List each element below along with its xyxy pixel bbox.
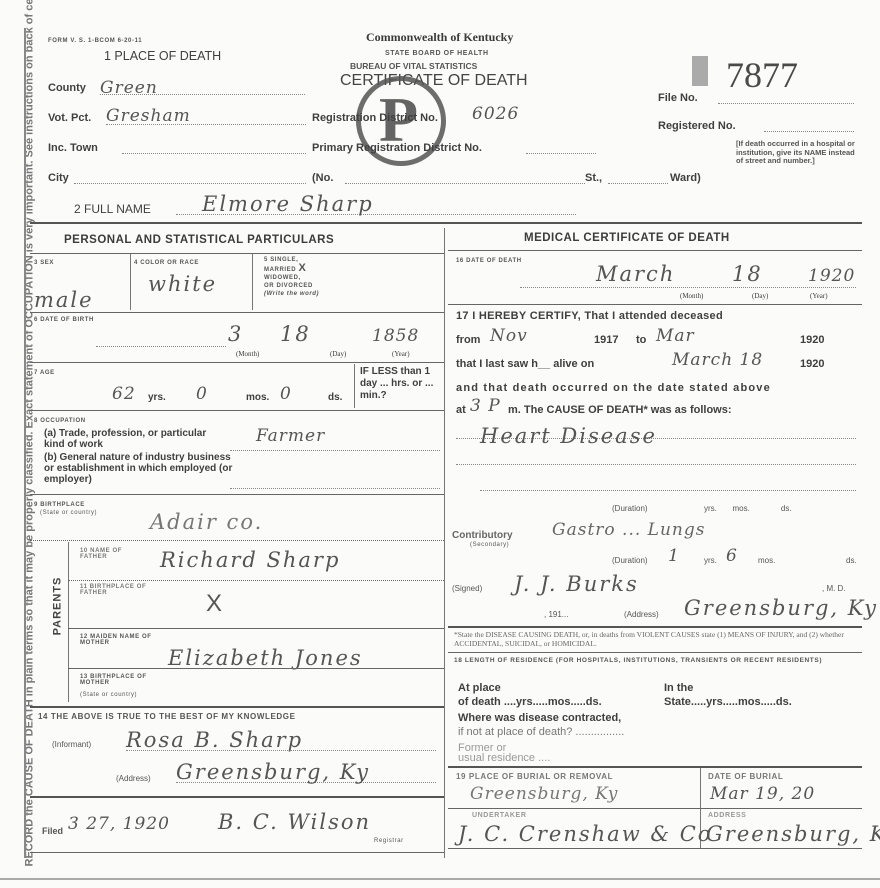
thumb-smudge xyxy=(692,56,708,86)
rule xyxy=(448,766,862,768)
hospital-note: [If death occurred in a hospital or inst… xyxy=(736,140,856,166)
birthplace-value[interactable]: Adair co. xyxy=(150,510,263,534)
no-label: (No. xyxy=(312,172,333,184)
certificate-title: CERTIFICATE OF DEATH xyxy=(340,72,528,90)
primary-reg-field[interactable] xyxy=(526,140,596,154)
registrar-label: Registrar xyxy=(374,838,404,844)
dob-label: 6 DATE OF BIRTH xyxy=(34,317,94,323)
rule xyxy=(252,254,253,310)
usual-residence-field[interactable]: usual residence .... xyxy=(458,752,550,764)
duration2-label: (Duration) xyxy=(612,556,648,565)
left-border xyxy=(24,28,26,858)
occurred-text: and that death occurred on the date stat… xyxy=(456,382,771,394)
inc-town-label: Inc. Town xyxy=(48,142,98,154)
vot-pct-field[interactable]: Gresham xyxy=(106,106,306,125)
undertaker-address-value[interactable]: Greensburg, Ky xyxy=(706,822,880,846)
occupation-a-label: (a) Trade, profession, or particular kin… xyxy=(44,428,224,450)
occupation-b-label: (b) General nature of industry business … xyxy=(44,452,240,485)
ward-label: Ward) xyxy=(670,172,701,184)
signed-date: , 191... xyxy=(544,610,568,619)
vot-pct-label: Vot. Pct. xyxy=(48,112,91,124)
mother-value[interactable]: Elizabeth Jones xyxy=(168,646,363,670)
undertaker-address-label: ADDRESS xyxy=(708,812,746,819)
duration2-yrs-caption: yrs. xyxy=(704,556,717,565)
certify-text: 17 I HEREBY CERTIFY, That I attended dec… xyxy=(456,310,723,322)
rule xyxy=(448,304,862,305)
reg-district-label: Registration District No. xyxy=(312,112,438,124)
column-divider xyxy=(444,228,445,858)
last-saw-label: that I last saw h__ alive on xyxy=(456,358,594,370)
rule xyxy=(448,626,862,628)
cause-line-3[interactable] xyxy=(480,476,856,491)
county-field[interactable]: Green xyxy=(100,78,305,95)
medical-section-title: MEDICAL CERTIFICATE OF DEATH xyxy=(524,232,730,244)
file-no-field[interactable] xyxy=(718,90,854,104)
burial-place-label: 19 PLACE OF BURIAL OR REMOVAL xyxy=(456,772,613,781)
rule xyxy=(30,796,444,798)
cause-line-2[interactable] xyxy=(456,450,856,465)
death-month-caption: (Month) xyxy=(680,292,703,300)
father-birthplace-value[interactable]: X xyxy=(206,590,222,618)
duration2-mos-caption: mos. xyxy=(758,556,775,565)
rule xyxy=(30,706,444,708)
death-year[interactable]: 1920 xyxy=(808,266,855,286)
age-days[interactable]: 0 xyxy=(280,384,292,404)
mother-birthplace-hint: (State or country) xyxy=(80,692,137,698)
duration2-mos[interactable]: 6 xyxy=(726,546,738,566)
signed-label: (Signed) xyxy=(452,584,482,593)
rule xyxy=(30,540,444,541)
color-value[interactable]: white xyxy=(148,272,217,296)
rule xyxy=(68,542,69,702)
birthplace-label: 9 BIRTHPLACE xyxy=(34,502,85,508)
to-label: to xyxy=(636,334,646,346)
rule xyxy=(520,286,856,288)
in-the-label: In the xyxy=(664,682,693,694)
md-label: , M. D. xyxy=(822,584,846,593)
rule xyxy=(448,652,862,653)
informant-field[interactable]: Rosa B. Sharp xyxy=(126,728,436,751)
bottom-edge xyxy=(0,878,880,880)
rule xyxy=(448,808,862,809)
death-day-caption: (Day) xyxy=(752,292,768,300)
physician-address[interactable]: Greensburg, Ky xyxy=(684,596,878,620)
father-label: 10 NAME OF FATHER xyxy=(80,548,140,560)
ward-field[interactable] xyxy=(608,170,668,184)
duration-label: (Duration) xyxy=(612,504,648,513)
header-rule xyxy=(30,222,862,224)
rule xyxy=(130,254,131,310)
dob-dots xyxy=(96,334,226,347)
attended-to-year[interactable]: 1920 xyxy=(800,334,824,346)
occupation-label: 8 OCCUPATION xyxy=(34,418,86,424)
time-of-death[interactable]: 3 P xyxy=(470,396,501,416)
residence-label: 18 LENGTH OF RESIDENCE (FOR HOSPITALS, I… xyxy=(454,656,858,665)
if-not-field[interactable]: if not at place of death? ..............… xyxy=(458,726,624,738)
place-of-death-heading: 1 PLACE OF DEATH xyxy=(104,49,221,63)
true-statement: 14 THE ABOVE IS TRUE TO THE BEST OF MY K… xyxy=(38,712,296,721)
cause-footnote: *State the DISEASE CAUSING DEATH, or, in… xyxy=(454,630,868,648)
registrar-signature[interactable]: B. C. Wilson xyxy=(218,810,371,834)
duration2-yrs[interactable]: 1 xyxy=(668,546,680,566)
father-birthplace-label: 11 BIRTHPLACE OF FATHER xyxy=(80,584,150,596)
dob-day[interactable]: 18 xyxy=(280,322,311,346)
duration2-ds-caption: ds. xyxy=(846,556,857,565)
death-day[interactable]: 18 xyxy=(732,262,763,286)
bureau-name: BUREAU OF VITAL STATISTICS xyxy=(350,61,477,71)
sex-value[interactable]: male xyxy=(34,288,94,312)
last-saw-year[interactable]: 1920 xyxy=(800,358,824,370)
color-label: 4 COLOR OR RACE xyxy=(134,260,199,266)
reg-district-value[interactable]: 6026 xyxy=(472,104,519,124)
city-label: City xyxy=(48,172,69,184)
from-label: from xyxy=(456,334,480,346)
state-name: Commonwealth of Kentucky xyxy=(366,30,513,45)
occupation-field xyxy=(230,438,440,451)
informant-address-label: (Address) xyxy=(116,774,151,783)
day-caption: (Day) xyxy=(330,350,346,358)
filed-date[interactable]: 3 27, 1920 xyxy=(68,814,170,834)
rule xyxy=(448,848,862,849)
attended-to[interactable]: Mar xyxy=(656,326,695,346)
rule xyxy=(30,362,444,363)
file-no-label: File No. xyxy=(658,92,698,104)
where-contracted-label: Where was disease contracted, xyxy=(458,712,621,724)
father-value[interactable]: Richard Sharp xyxy=(160,548,340,572)
inc-town-field[interactable] xyxy=(122,140,306,154)
marital-mark[interactable]: X xyxy=(298,262,306,274)
attended-from[interactable]: Nov xyxy=(490,326,528,346)
last-saw-date[interactable]: March 18 xyxy=(672,350,763,370)
age-years[interactable]: 62 xyxy=(112,384,136,404)
death-month[interactable]: March xyxy=(596,262,675,286)
birthplace-hint: (State or country) xyxy=(40,510,97,516)
burial-date-value[interactable]: Mar 19, 20 xyxy=(710,784,815,804)
full-name-field[interactable]: Elmore Sharp xyxy=(176,192,576,215)
physician-address-label: (Address) xyxy=(624,610,659,619)
rule xyxy=(448,250,862,251)
burial-date-label: DATE OF BURIAL xyxy=(708,772,783,781)
sex-label: 3 SEX xyxy=(34,260,54,266)
attended-from-year[interactable]: 1917 xyxy=(594,334,618,346)
rule xyxy=(30,410,444,411)
rule xyxy=(30,494,444,495)
registered-no-field[interactable] xyxy=(764,118,854,132)
registered-no-label: Registered No. xyxy=(658,120,736,132)
rule xyxy=(354,364,355,408)
physician-signature[interactable]: J. J. Burks xyxy=(514,572,639,596)
st-label: St., xyxy=(585,172,602,184)
employer-field[interactable] xyxy=(230,476,440,489)
at-place-label: At place xyxy=(458,682,501,694)
in-state-field[interactable]: State.....yrs.....mos.....ds. xyxy=(664,696,792,708)
mos-caption: mos. xyxy=(246,392,269,403)
informant-address-field[interactable]: Greensburg, Ky xyxy=(176,760,436,783)
of-death-field[interactable]: of death ....yrs.....mos.....ds. xyxy=(458,696,602,708)
contributory-sub: (Secondary) xyxy=(470,542,509,548)
contributory-label: Contributory xyxy=(452,530,513,541)
marital-status-label: 5 SINGLE, MARRIED X WIDOWED, OR DIVORCED… xyxy=(264,256,319,298)
parents-label: PARENTS xyxy=(51,577,63,636)
form-number: FORM V. S. 1-BCOM 6-20-11 xyxy=(48,38,142,44)
at-label: at xyxy=(456,404,466,416)
city-field[interactable] xyxy=(74,170,306,184)
death-year-caption: (Year) xyxy=(810,292,828,300)
rule xyxy=(30,852,444,853)
undertaker-value[interactable]: J. C. Crenshaw & Co xyxy=(458,822,712,846)
rule xyxy=(68,668,444,669)
full-name-label: 2 FULL NAME xyxy=(74,202,151,216)
mother-label: 12 MAIDEN NAME OF MOTHER xyxy=(80,634,160,646)
rule xyxy=(68,580,444,581)
ds-caption: ds. xyxy=(328,392,342,403)
rule xyxy=(68,628,444,629)
duration-units: yrs. mos. ds. xyxy=(704,504,792,513)
primary-reg-label: Primary Registration District No. xyxy=(312,142,482,154)
informant-label: (Informant) xyxy=(52,740,91,749)
personal-section-title: PERSONAL AND STATISTICAL PARTICULARS xyxy=(64,234,334,246)
mother-birthplace-label: 13 BIRTHPLACE OF MOTHER xyxy=(80,674,160,686)
rule xyxy=(30,312,444,313)
date-of-death-label: 16 DATE OF DEATH xyxy=(456,258,522,264)
dob-year[interactable]: 1858 xyxy=(372,326,419,346)
county-label: County xyxy=(48,82,86,94)
contributory-value[interactable]: Gastro ... Lungs xyxy=(552,520,705,540)
board-name: STATE BOARD OF HEALTH xyxy=(385,50,489,57)
month-caption: (Month) xyxy=(236,350,259,358)
age-months[interactable]: 0 xyxy=(196,384,208,404)
less-than-day-label: IF LESS than 1 day ... hrs. or ... min.? xyxy=(360,366,442,402)
undertaker-label: UNDERTAKER xyxy=(472,812,526,819)
dob-month[interactable]: 3 xyxy=(228,322,243,346)
rule xyxy=(30,253,444,254)
year-caption: (Year) xyxy=(392,350,410,358)
cause-text: m. The CAUSE OF DEATH* was as follows: xyxy=(508,404,732,416)
street-no-field[interactable] xyxy=(345,170,585,184)
burial-place-value[interactable]: Greensburg, Ky xyxy=(470,784,618,804)
cause-field[interactable]: Heart Disease xyxy=(456,424,856,439)
yrs-caption: yrs. xyxy=(148,392,166,403)
age-label: 7 AGE xyxy=(34,370,55,376)
filed-label: Filed xyxy=(42,826,63,836)
